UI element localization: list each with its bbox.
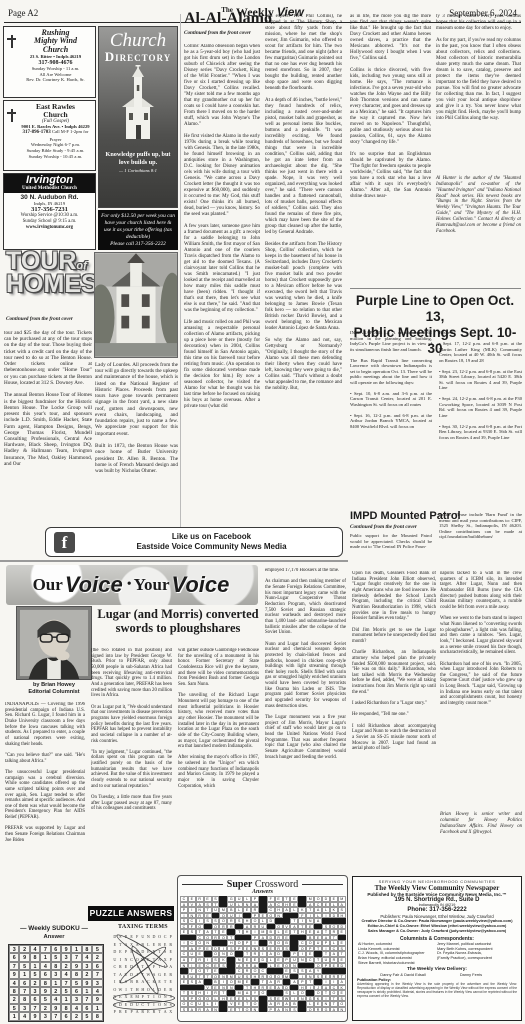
ad-phone: 317-356-7231 bbox=[4, 206, 95, 213]
impd-col1: Public support for the Mounted Patrol wo… bbox=[350, 533, 432, 565]
crossword-subtitle: Answers bbox=[178, 889, 347, 895]
crossword-title-bold: Super bbox=[227, 879, 253, 890]
delivery-list: Danny Fair & David Edsall Danny Ferris bbox=[353, 972, 521, 977]
banner-our: Our bbox=[33, 575, 63, 595]
ad-phone: 317-896-1703 bbox=[22, 130, 50, 135]
directory-quote: Knowledge puffs up, but love builds up. bbox=[99, 151, 177, 167]
continued-note: Continued from the front cover bbox=[350, 524, 417, 530]
alamo-author-bio: Al Hunter is the author of the "Haunted … bbox=[436, 176, 521, 286]
ad-title: East Rawles Church bbox=[18, 103, 93, 119]
our-voice-banner: Our Voice • Your Voice bbox=[6, 565, 258, 605]
tour-article-col1: tour and $25 the day of the tour. Ticket… bbox=[4, 330, 92, 525]
impd-col2: dation'. Please include 'Barn Fund' in t… bbox=[439, 512, 522, 568]
banner-voice1: Voice bbox=[65, 572, 123, 598]
column-divider bbox=[180, 14, 181, 554]
delivery-right: Danny Ferris bbox=[437, 972, 505, 977]
impd-headline-bold: IMPD bbox=[350, 510, 378, 522]
alamo-col2: you expect? He's Phil Collins), he stopp… bbox=[265, 14, 342, 555]
masthead-owners: Creative Director & Co-Owner: Paula Nice… bbox=[353, 919, 521, 934]
alamo-col3: as in life, the more you dig the more yo… bbox=[350, 14, 431, 286]
ad-title: Irvington bbox=[4, 175, 95, 186]
continued-note: Continued from the front cover bbox=[6, 316, 73, 322]
directory-title-caps: Directory bbox=[99, 50, 177, 63]
alamo-col4: ly 3 million visitors every year. Collin… bbox=[436, 14, 521, 172]
policy-text: Advertising appearing in the Weekly View… bbox=[353, 982, 521, 998]
columnists-left: Al Hunter, columnist Linda Kennett, colu… bbox=[358, 942, 437, 967]
ad-title: Rushing Mighty Wind Church bbox=[18, 29, 93, 54]
purple-line-headline-bold: Purple Line bbox=[356, 293, 430, 308]
ad-rushing-mighty-wind-church: Rushing Mighty Wind Church 23 S. Ritter … bbox=[3, 26, 96, 98]
sudoku-title: — Weekly SUDOKU — bbox=[2, 925, 106, 932]
purple-line-col2: Route 82 • Sept. 17, 12-2 p.m. and 6-8 p… bbox=[439, 330, 522, 510]
byline: by Brian Howey Editorial Columnist bbox=[16, 682, 92, 696]
lugar-col6: napolis tacked to a wall in the crew qua… bbox=[440, 571, 522, 809]
church-building-icon bbox=[99, 65, 177, 148]
masthead-paper-name: The Weekly View Community Newspaper bbox=[353, 884, 521, 892]
ad-east-rawles-church: East Rawles Church (Full Gospel) 9001 E.… bbox=[3, 100, 96, 171]
lugar-headline: Lugar (and Morris) converted swords to p… bbox=[94, 607, 262, 636]
brian-howey-portrait bbox=[16, 606, 92, 680]
tour-of-homes-title: TOURofHOMES bbox=[6, 250, 94, 296]
crossword-answer-grid: CERESGULPFETEMODEMAVASTULNAACHEACELAPINT… bbox=[180, 896, 347, 1012]
banner-voice2: Voice bbox=[172, 572, 230, 598]
ad-subtitle: United Methodist Church bbox=[4, 186, 95, 191]
puzzle-answers-header: PUZZLE ANSWERS bbox=[88, 906, 174, 921]
benton-house-photo bbox=[94, 252, 178, 358]
ad-irvington-umc: Irvington United Methodist Church 30 N. … bbox=[3, 173, 96, 250]
cross-icon bbox=[7, 109, 16, 122]
ad-address: 30 N. Audubon Rd. bbox=[4, 194, 95, 201]
ad-website: www.irvingtonumc.org bbox=[4, 225, 95, 230]
super-crossword-box: Super Crossword Answers CERESGULPFETEMOD… bbox=[177, 875, 348, 1022]
tour-article-col2: Lady of Lourdes. All proceeds from the t… bbox=[95, 362, 178, 525]
lugar-col1: INDIANAPOLIS — Covering the 1996 preside… bbox=[5, 702, 85, 904]
section-divider bbox=[0, 560, 348, 562]
wordsearch-oval bbox=[113, 1000, 175, 1010]
publication-masthead: SERVING YOUR NEIGHBORHOOD COMMUNITIES Th… bbox=[352, 876, 522, 1021]
purple-line-headline-rest: to Open Oct. 13, bbox=[426, 293, 515, 324]
columnists-list: Al Hunter, columnist Linda Kennett, colu… bbox=[353, 942, 521, 967]
howey-author-bio: Brian Howey is senior writer and columni… bbox=[440, 812, 522, 868]
banner-dot: • bbox=[127, 577, 132, 593]
church-directory-panel: Church Directory Knowledge puffs up, but… bbox=[98, 26, 178, 208]
cross-icon bbox=[7, 35, 16, 48]
ad-lines: Wednesday Night 6-7 p.m. Sunday Bible St… bbox=[18, 142, 93, 159]
facebook-icon: f bbox=[54, 532, 75, 553]
masthead-phone: Phone: 317-356-2222 bbox=[353, 907, 521, 913]
delivery-left: Danny Fair & David Edsall bbox=[369, 972, 437, 977]
lugar-col2: (the two rotated in that position) and s… bbox=[91, 648, 172, 904]
alamo-col1: Collins' Alamo obsession began when he a… bbox=[184, 44, 260, 555]
purple-line-rule bbox=[350, 288, 521, 289]
sudoku-answer-grid: 3247691856981537427514829369156348274628… bbox=[8, 944, 104, 1022]
church-listing-price-box: For only $12.50 per week you can have yo… bbox=[98, 210, 178, 250]
banner-your: Your bbox=[134, 575, 170, 595]
directory-citation: — 1 Corinthians 8:1 bbox=[99, 168, 177, 173]
ad-lines: Sunday Worship - 11 a.m. All Are Welcome… bbox=[18, 66, 93, 83]
lugar-col4: employed 17,170 Hoosiers at the time. As… bbox=[265, 568, 346, 870]
purple-line-col1: INDIANAPOLIS — A decade and $162 million… bbox=[350, 330, 432, 510]
ad-lines: Worship Service @10:30 a.m. Sunday Schoo… bbox=[4, 213, 95, 225]
sudoku-subtitle: Answer bbox=[2, 934, 106, 940]
directory-title-script: Church bbox=[99, 31, 177, 50]
title-rule-right bbox=[302, 884, 343, 885]
newspaper-page: Page A2 The Weekly View September 6, 202… bbox=[0, 0, 525, 1024]
ad-phone-note: Call M-F 1-2pm for Prayer bbox=[50, 129, 89, 141]
ad-header-band: Irvington United Methodist Church bbox=[4, 174, 95, 193]
tour-title-word2: HOMES bbox=[6, 270, 98, 298]
lugar-col3: will gather outside Gainbridge Fieldhous… bbox=[178, 648, 259, 870]
columnists-right: Jerry Mannel, political cartoonist Mary … bbox=[437, 942, 516, 967]
continued-note: Continued from the front cover bbox=[184, 30, 251, 36]
lugar-col5: Upon his death, Gleaners Food Bank of In… bbox=[352, 571, 436, 870]
wordsearch-title: TAXING TERMS bbox=[110, 924, 176, 930]
title-rule-left bbox=[182, 884, 223, 885]
